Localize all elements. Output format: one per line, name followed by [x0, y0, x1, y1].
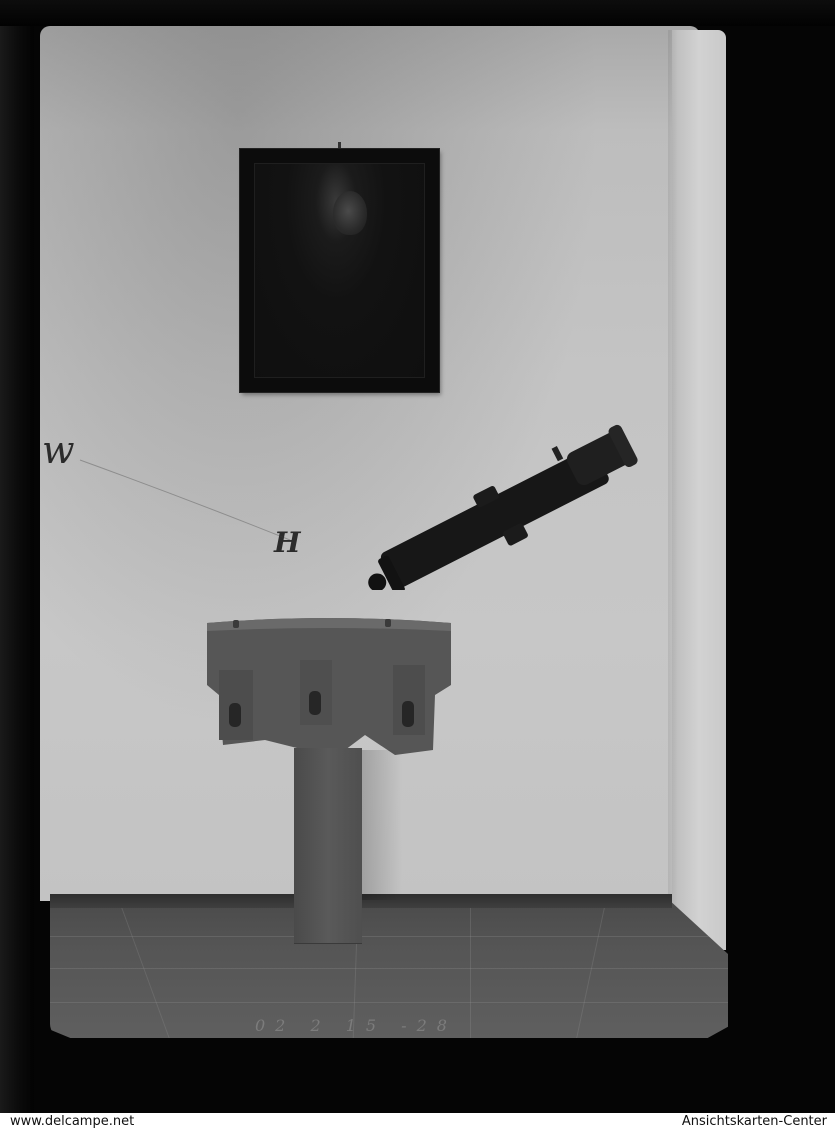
stone-font-pillar	[294, 748, 362, 943]
tile-joint	[576, 908, 605, 1038]
photograph: w H 02 2 15 -28	[0, 0, 835, 1113]
negative-top-edge	[0, 0, 835, 26]
side-wall	[672, 30, 726, 950]
watermark-right: Ansichtskarten-Center	[682, 1113, 827, 1131]
watermark-left: www.delcampe.net	[10, 1113, 134, 1131]
framed-portrait	[240, 149, 439, 392]
portrait-face	[333, 191, 367, 235]
font-shadow	[362, 750, 402, 900]
portrait-canvas	[254, 163, 425, 378]
wire-line	[70, 440, 370, 560]
tile-joint	[50, 936, 728, 937]
cannon-barrel	[340, 420, 670, 590]
tile-joint	[50, 1002, 728, 1003]
negative-left-edge	[0, 0, 34, 1113]
plate-number: 02 2 15 -28	[255, 1016, 457, 1035]
tile-joint	[121, 908, 169, 1038]
stone-font-basin	[205, 615, 453, 755]
tile-joint	[50, 968, 728, 969]
tile-joint	[470, 908, 471, 1038]
